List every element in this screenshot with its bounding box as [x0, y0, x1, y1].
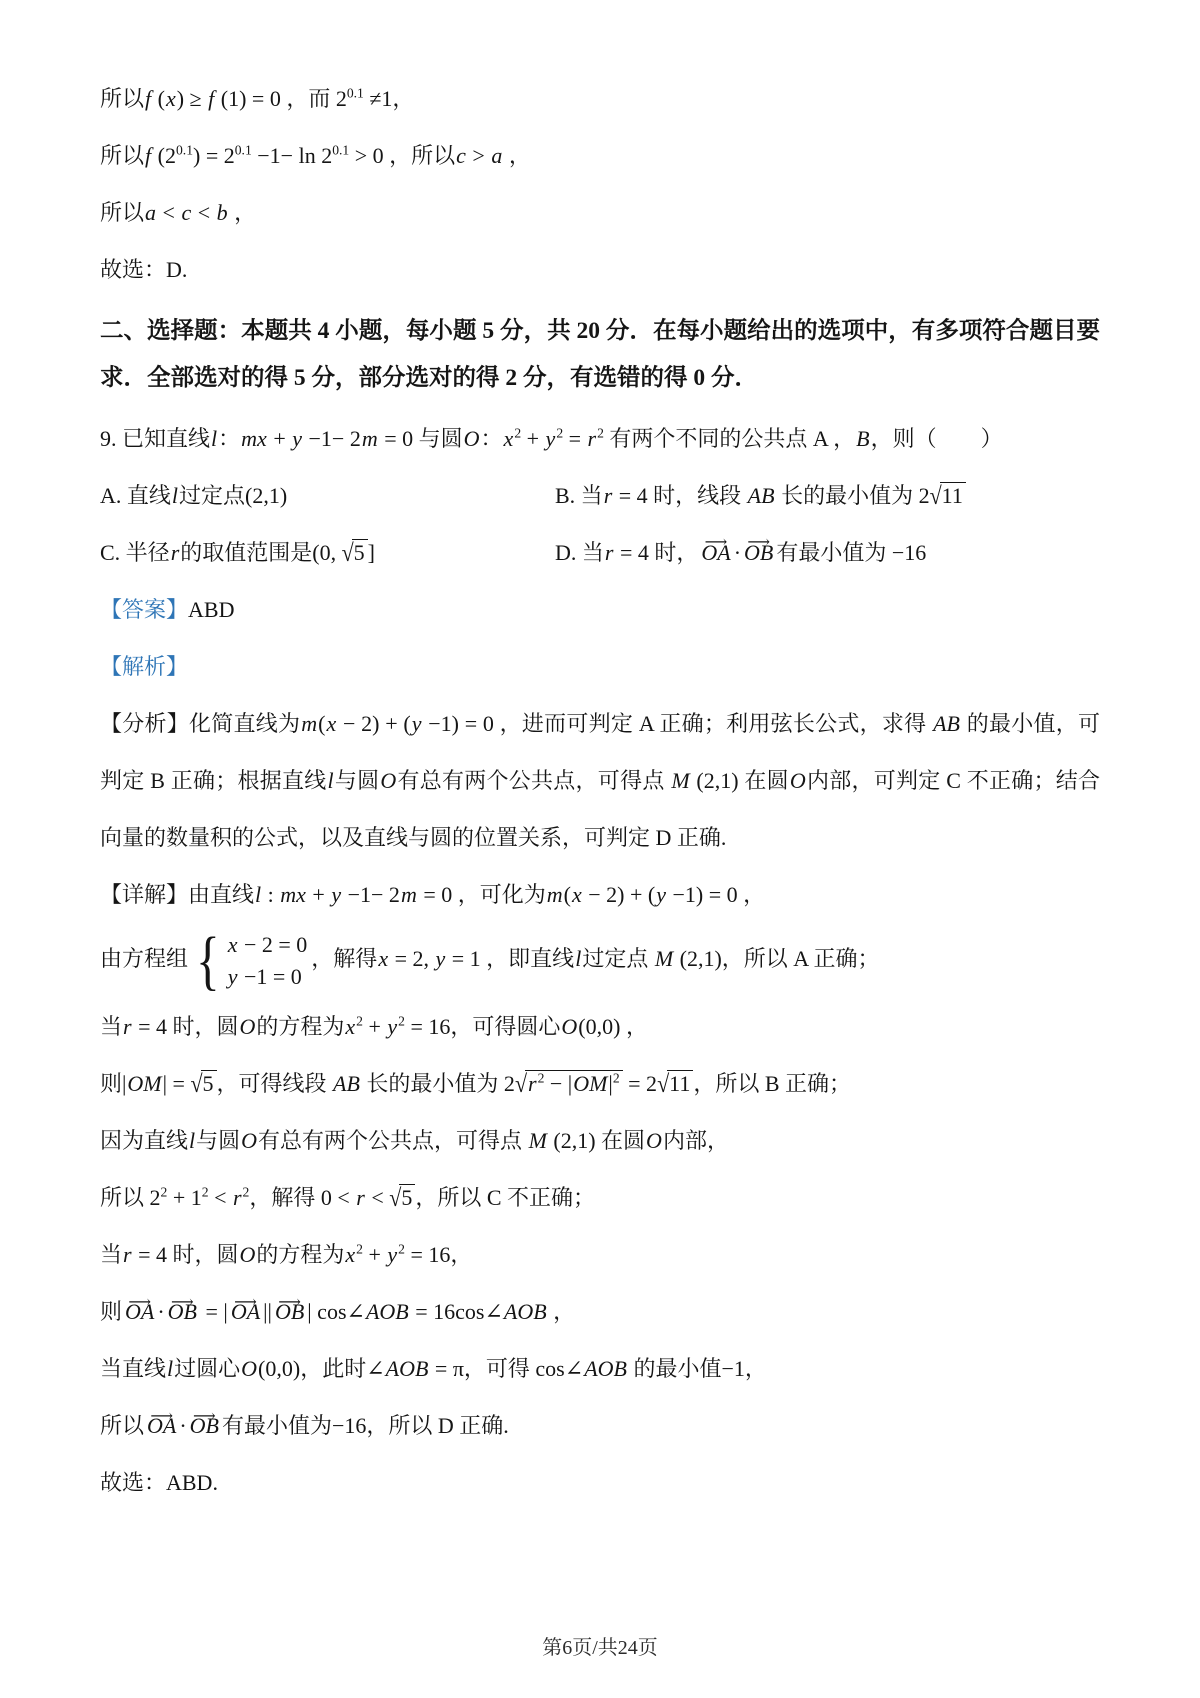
- vector-overarrow: OB: [190, 1397, 219, 1454]
- vector-overarrow: OA: [231, 1283, 260, 1340]
- solution-line-2: 所以f (20.1) = 20.1 −1− ln 20.1 > 0 ，所以c >…: [100, 127, 1100, 184]
- detail-line-1: 【详解】由直线l : mx + y −1− 2m = 0 ，可化为m(x − 2…: [100, 866, 1100, 923]
- sqrt-radical: √5: [342, 524, 368, 581]
- brace-icon: {: [196, 931, 220, 990]
- radical-sign-icon: √: [190, 1052, 202, 1116]
- solution-line-1: 所以f (x) ≥ f (1) = 0 ，而 20.1 ≠1，: [100, 70, 1100, 127]
- vector-overarrow: OA: [701, 524, 730, 581]
- detail-line-3: 则|OM| = √5，可得线段 AB 长的最小值为 2√r2 − |OM|2 =…: [100, 1055, 1100, 1112]
- answer-choice-line: 故选：D.: [100, 241, 1100, 298]
- vector-overarrow: OA: [125, 1283, 154, 1340]
- label-blue: 【答案】: [100, 597, 188, 622]
- analysis-paragraph: 【分析】化简直线为m(x − 2) + (y −1) = 0 ，进而可判定 A …: [100, 695, 1100, 866]
- document-body: 所以f (x) ≥ f (1) = 0 ，而 20.1 ≠1，所以f (20.1…: [0, 0, 1200, 1511]
- sqrt-radical: √5: [389, 1169, 415, 1226]
- option-left: C. 半径r的取值范围是(0, √5]: [100, 524, 555, 581]
- radical-sign-icon: √: [342, 521, 354, 585]
- sqrt-radical: √11: [930, 467, 966, 524]
- equation-system: {x − 2 = 0y −1 = 0: [192, 931, 307, 990]
- option-left: A. 直线l过定点(2,1): [100, 467, 555, 524]
- vector-overarrow: OB: [275, 1283, 304, 1340]
- vector-overarrow: OB: [744, 524, 773, 581]
- vector-overarrow: OA: [147, 1397, 176, 1454]
- question-stem: 9. 已知直线l：mx + y −1− 2m = 0 与圆O：x2 + y2 =…: [100, 410, 1100, 467]
- detail-line-2: 当r = 4 时，圆O的方程为x2 + y2 = 16，可得圆心O(0,0) ，: [100, 998, 1100, 1055]
- detail-line-8: 当直线l过圆心O(0,0)，此时∠AOB = π，可得 cos∠AOB 的最小值…: [100, 1340, 1100, 1397]
- sqrt-radical: √11: [657, 1055, 693, 1112]
- option-right: B. 当r = 4 时，线段 AB 长的最小值为 2√11: [555, 467, 1100, 524]
- options-row-ab: A. 直线l过定点(2,1)B. 当r = 4 时，线段 AB 长的最小值为 2…: [100, 467, 1100, 524]
- options-row-cd: C. 半径r的取值范围是(0, √5]D. 当r = 4 时，OA·OB有最小值…: [100, 524, 1100, 581]
- exam-page: 所以f (x) ≥ f (1) = 0 ，而 20.1 ≠1，所以f (20.1…: [0, 0, 1200, 1698]
- detail-line-9: 所以OA·OB有最小值为−16，所以 D 正确.: [100, 1397, 1100, 1454]
- solution-line-3: 所以a < c < b ，: [100, 184, 1100, 241]
- conclusion-line: 故选：ABD.: [100, 1454, 1100, 1511]
- detail-line-5: 所以 22 + 12 < r2，解得 0 < r < √5，所以 C 不正确；: [100, 1169, 1100, 1226]
- radical-sign-icon: √: [515, 1052, 527, 1116]
- radical-sign-icon: √: [657, 1052, 669, 1116]
- detail-line-4: 因为直线l与圆O有总有两个公共点，可得点 M (2,1) 在圆O内部，: [100, 1112, 1100, 1169]
- section-heading: 二、选择题：本题共 4 小题，每小题 5 分，共 20 分．在每小题给出的选项中…: [100, 308, 1100, 402]
- sqrt-radical: √5: [190, 1055, 216, 1112]
- vector-overarrow: OB: [168, 1283, 197, 1340]
- detail-line-7: 则OA·OB = |OA||OB| cos∠AOB = 16cos∠AOB ，: [100, 1283, 1100, 1340]
- jiexi-label-line: 【解析】: [100, 638, 1100, 695]
- equation-system-line: 由方程组{x − 2 = 0y −1 = 0，解得x = 2, y = 1 ，即…: [100, 923, 1100, 998]
- answer-line: 【答案】ABD: [100, 581, 1100, 638]
- option-right: D. 当r = 4 时，OA·OB有最小值为 −16: [555, 524, 1100, 581]
- radical-sign-icon: √: [389, 1166, 401, 1230]
- radical-sign-icon: √: [930, 464, 942, 528]
- sqrt-radical: √r2 − |OM|2: [515, 1055, 623, 1112]
- page-number-footer: 第6页/共24页: [0, 1631, 1200, 1660]
- label-blue: 【解析】: [100, 654, 188, 679]
